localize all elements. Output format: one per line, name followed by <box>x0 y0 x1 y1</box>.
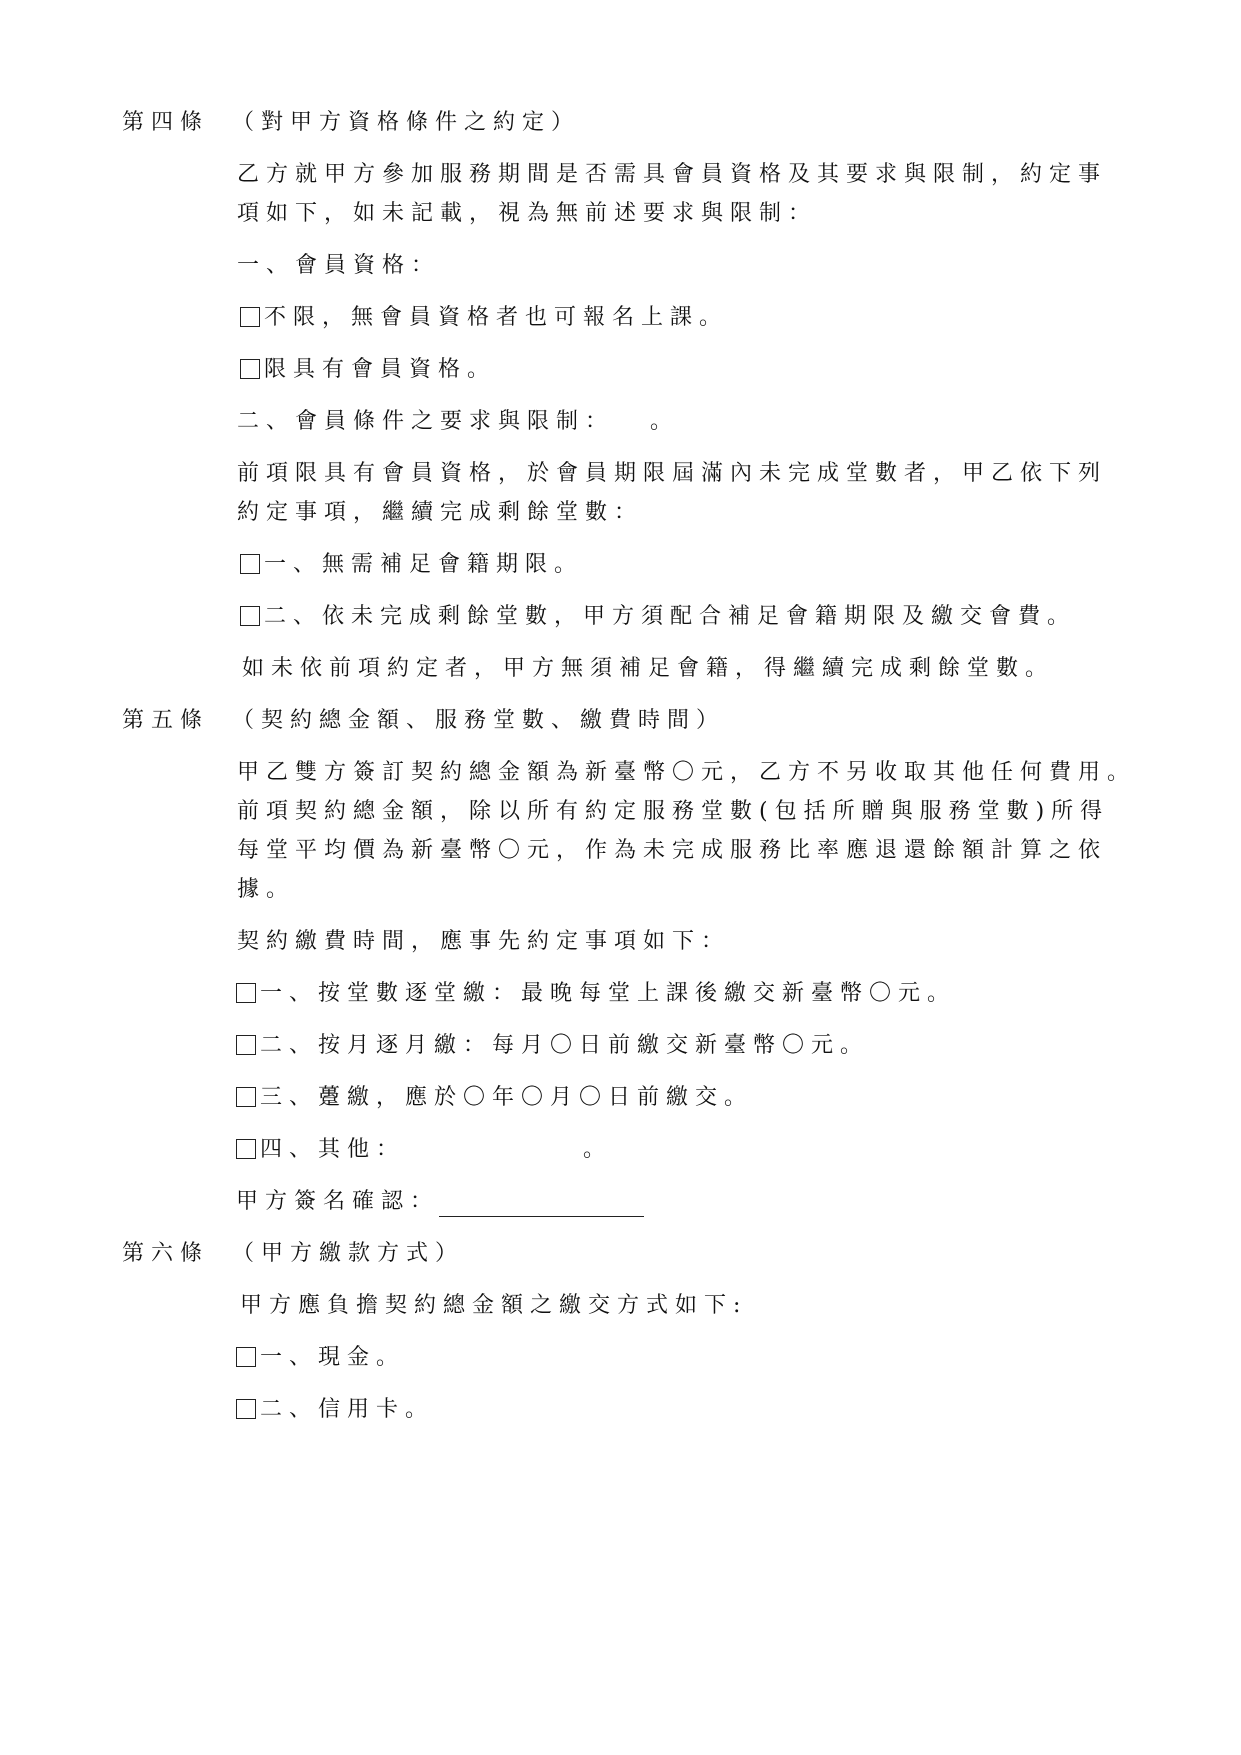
article-5-paragraph-line: 前項契約總金額，除以所有約定服務堂數(包括所贈與服務堂數)所得 <box>237 797 1109 827</box>
option-label: 四、其他： <box>260 1137 405 1162</box>
checkbox[interactable] <box>236 1087 256 1107</box>
option-lump-sum[interactable]: 三、躉繳，應於〇年〇月〇日前繳交。 <box>236 1083 753 1113</box>
membership-heading: 一、會員資格： <box>237 251 440 281</box>
option-credit-card[interactable]: 二、信用卡。 <box>236 1395 434 1425</box>
checkbox[interactable] <box>240 307 260 327</box>
article-6-title: （甲方繳款方式） <box>232 1239 464 1269</box>
checkbox[interactable] <box>236 1035 256 1055</box>
option-label: 一、按堂數逐堂繳：最晚每堂上課後繳交新臺幣〇元。 <box>260 981 956 1006</box>
option-label: 不限，無會員資格者也可報名上課。 <box>264 305 728 330</box>
article-4-paragraph-line: 乙方就甲方參加服務期間是否需具會員資格及其要求與限制，約定事 <box>237 160 1107 190</box>
period-mark: 。 <box>583 1137 612 1162</box>
signature-label: 甲方簽名確認： <box>236 1189 439 1214</box>
payment-timing-heading: 契約繳費時間，應事先約定事項如下： <box>237 927 730 957</box>
article-5-label: 第五條 <box>122 706 209 736</box>
article-4-paragraph-line: 約定事項，繼續完成剩餘堂數： <box>237 498 643 528</box>
article-4-paragraph-line: 項如下，如未記載，視為無前述要求與限制： <box>237 199 817 229</box>
checkbox[interactable] <box>240 359 260 379</box>
checkbox[interactable] <box>236 1139 256 1159</box>
option-no-membership-required[interactable]: 不限，無會員資格者也可報名上課。 <box>240 303 728 333</box>
article-4-label: 第四條 <box>122 108 209 138</box>
checkbox[interactable] <box>236 1399 256 1419</box>
option-no-extension[interactable]: 一、無需補足會籍期限。 <box>240 550 583 580</box>
article-5-paragraph-line: 甲乙雙方簽訂契約總金額為新臺幣〇元，乙方不另收取其他任何費用。 <box>237 758 1136 788</box>
option-label: 二、信用卡。 <box>260 1397 434 1422</box>
option-label: 三、躉繳，應於〇年〇月〇日前繳交。 <box>260 1085 753 1110</box>
membership-conditions-line: 二、會員條件之要求與限制：。 <box>237 407 679 437</box>
option-pay-per-session[interactable]: 一、按堂數逐堂繳：最晚每堂上課後繳交新臺幣〇元。 <box>236 979 956 1009</box>
option-label: 限具有會員資格。 <box>264 357 496 382</box>
article-4-paragraph-line: 前項限具有會員資格，於會員期限屆滿內未完成堂數者，甲乙依下列 <box>237 459 1107 489</box>
article-6-label: 第六條 <box>122 1239 209 1269</box>
article-4-title: （對甲方資格條件之約定） <box>232 108 580 138</box>
option-label: 二、按月逐月繳：每月〇日前繳交新臺幣〇元。 <box>260 1033 869 1058</box>
checkbox[interactable] <box>240 554 260 574</box>
option-label: 二、依未完成剩餘堂數，甲方須配合補足會籍期限及繳交會費。 <box>264 604 1076 629</box>
article-5-paragraph-line: 每堂平均價為新臺幣〇元，作為未完成服務比率應退還餘額計算之依 <box>237 836 1107 866</box>
option-pay-monthly[interactable]: 二、按月逐月繳：每月〇日前繳交新臺幣〇元。 <box>236 1031 869 1061</box>
option-membership-required[interactable]: 限具有會員資格。 <box>240 355 496 385</box>
checkbox[interactable] <box>236 983 256 1003</box>
option-other[interactable]: 四、其他：。 <box>236 1135 612 1165</box>
checkbox[interactable] <box>240 606 260 626</box>
signature-field[interactable] <box>439 1192 644 1217</box>
membership-conditions-label: 二、會員條件之要求與限制： <box>237 409 614 434</box>
article-5-title: （契約總金額、服務堂數、繳費時間） <box>232 706 725 736</box>
article-5-paragraph-line: 據。 <box>237 875 295 905</box>
option-cash[interactable]: 一、現金。 <box>236 1343 405 1373</box>
article-6-paragraph-line: 甲方應負擔契約總金額之繳交方式如下: <box>240 1291 747 1321</box>
article-4-closing-line: 如未依前項約定者，甲方無須補足會籍，得繼續完成剩餘堂數。 <box>242 654 1054 684</box>
option-label: 一、無需補足會籍期限。 <box>264 552 583 577</box>
option-extend-membership[interactable]: 二、依未完成剩餘堂數，甲方須配合補足會籍期限及繳交會費。 <box>240 602 1076 632</box>
option-label: 一、現金。 <box>260 1345 405 1370</box>
signature-row: 甲方簽名確認： <box>236 1187 644 1217</box>
period-mark: 。 <box>650 409 679 434</box>
checkbox[interactable] <box>236 1347 256 1367</box>
